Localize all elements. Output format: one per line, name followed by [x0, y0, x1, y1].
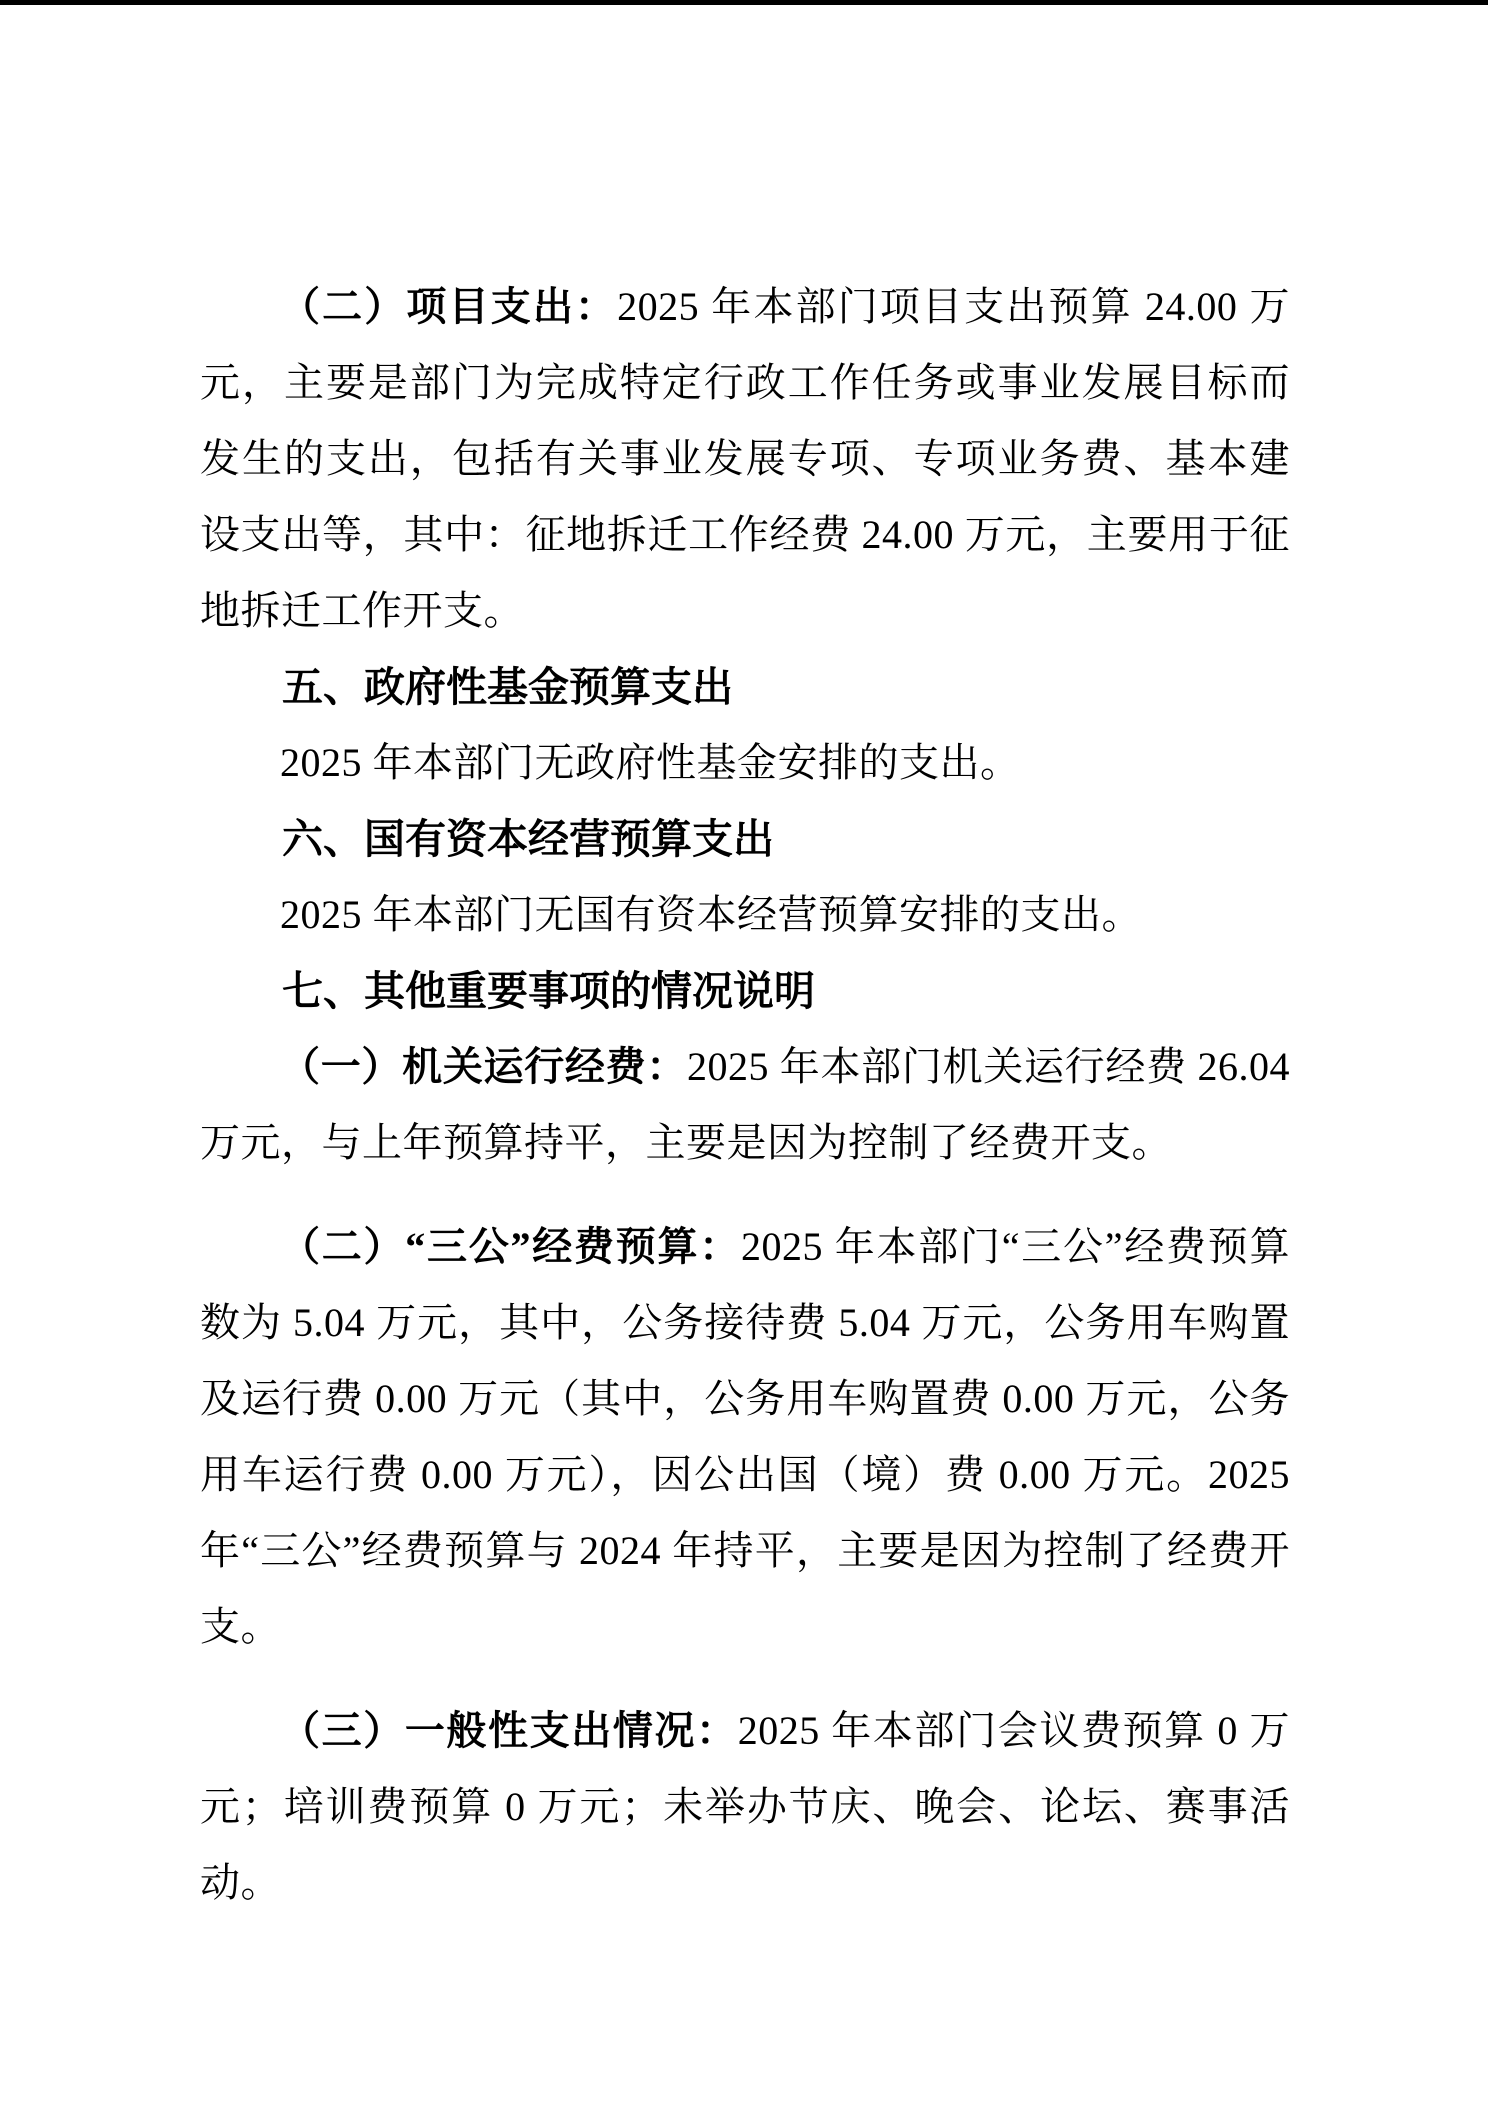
paragraph-text: 2025 年本部门项目支出预算 24.00 万元，主要是部门为完成特定行政工作任…: [200, 284, 1290, 633]
paragraph-text: 2025 年本部门无政府性基金安排的支出。: [280, 740, 1021, 785]
document-content: （二）项目支出：2025 年本部门项目支出预算 24.00 万元，主要是部门为完…: [200, 269, 1290, 1921]
paragraph-lead: （一）机关运行经费：: [280, 1044, 687, 1089]
section-heading: 七、其他重要事项的情况说明: [200, 953, 1290, 1029]
section-heading-text: 七、其他重要事项的情况说明: [282, 968, 815, 1014]
section-heading-text: 五、政府性基金预算支出: [282, 664, 733, 710]
paragraph: 2025 年本部门无政府性基金安排的支出。: [200, 725, 1290, 801]
paragraph: （一）机关运行经费：2025 年本部门机关运行经费 26.04 万元，与上年预算…: [200, 1029, 1290, 1181]
paragraph: 2025 年本部门无国有资本经营预算安排的支出。: [200, 877, 1290, 953]
paragraph: （二）项目支出：2025 年本部门项目支出预算 24.00 万元，主要是部门为完…: [200, 269, 1290, 649]
paragraph-text: 2025 年本部门“三公”经费预算数为 5.04 万元，其中，公务接待费 5.0…: [200, 1224, 1290, 1649]
section-heading-text: 六、国有资本经营预算支出: [282, 816, 774, 862]
paragraph-lead: （二）项目支出：: [280, 284, 617, 329]
section-heading: 五、政府性基金预算支出: [200, 649, 1290, 725]
paragraph-lead: （三）一般性支出情况：: [280, 1708, 738, 1753]
paragraph: （三）一般性支出情况：2025 年本部门会议费预算 0 万元；培训费预算 0 万…: [200, 1693, 1290, 1921]
section-heading: 六、国有资本经营预算支出: [200, 801, 1290, 877]
paragraph: （二）“三公”经费预算：2025 年本部门“三公”经费预算数为 5.04 万元，…: [200, 1209, 1290, 1665]
paragraph-text: 2025 年本部门无国有资本经营预算安排的支出。: [280, 892, 1142, 937]
paragraph-lead: （二）“三公”经费预算：: [280, 1224, 741, 1269]
document-page: （二）项目支出：2025 年本部门项目支出预算 24.00 万元，主要是部门为完…: [0, 0, 1488, 2104]
page-top-edge-line: [0, 0, 1488, 5]
